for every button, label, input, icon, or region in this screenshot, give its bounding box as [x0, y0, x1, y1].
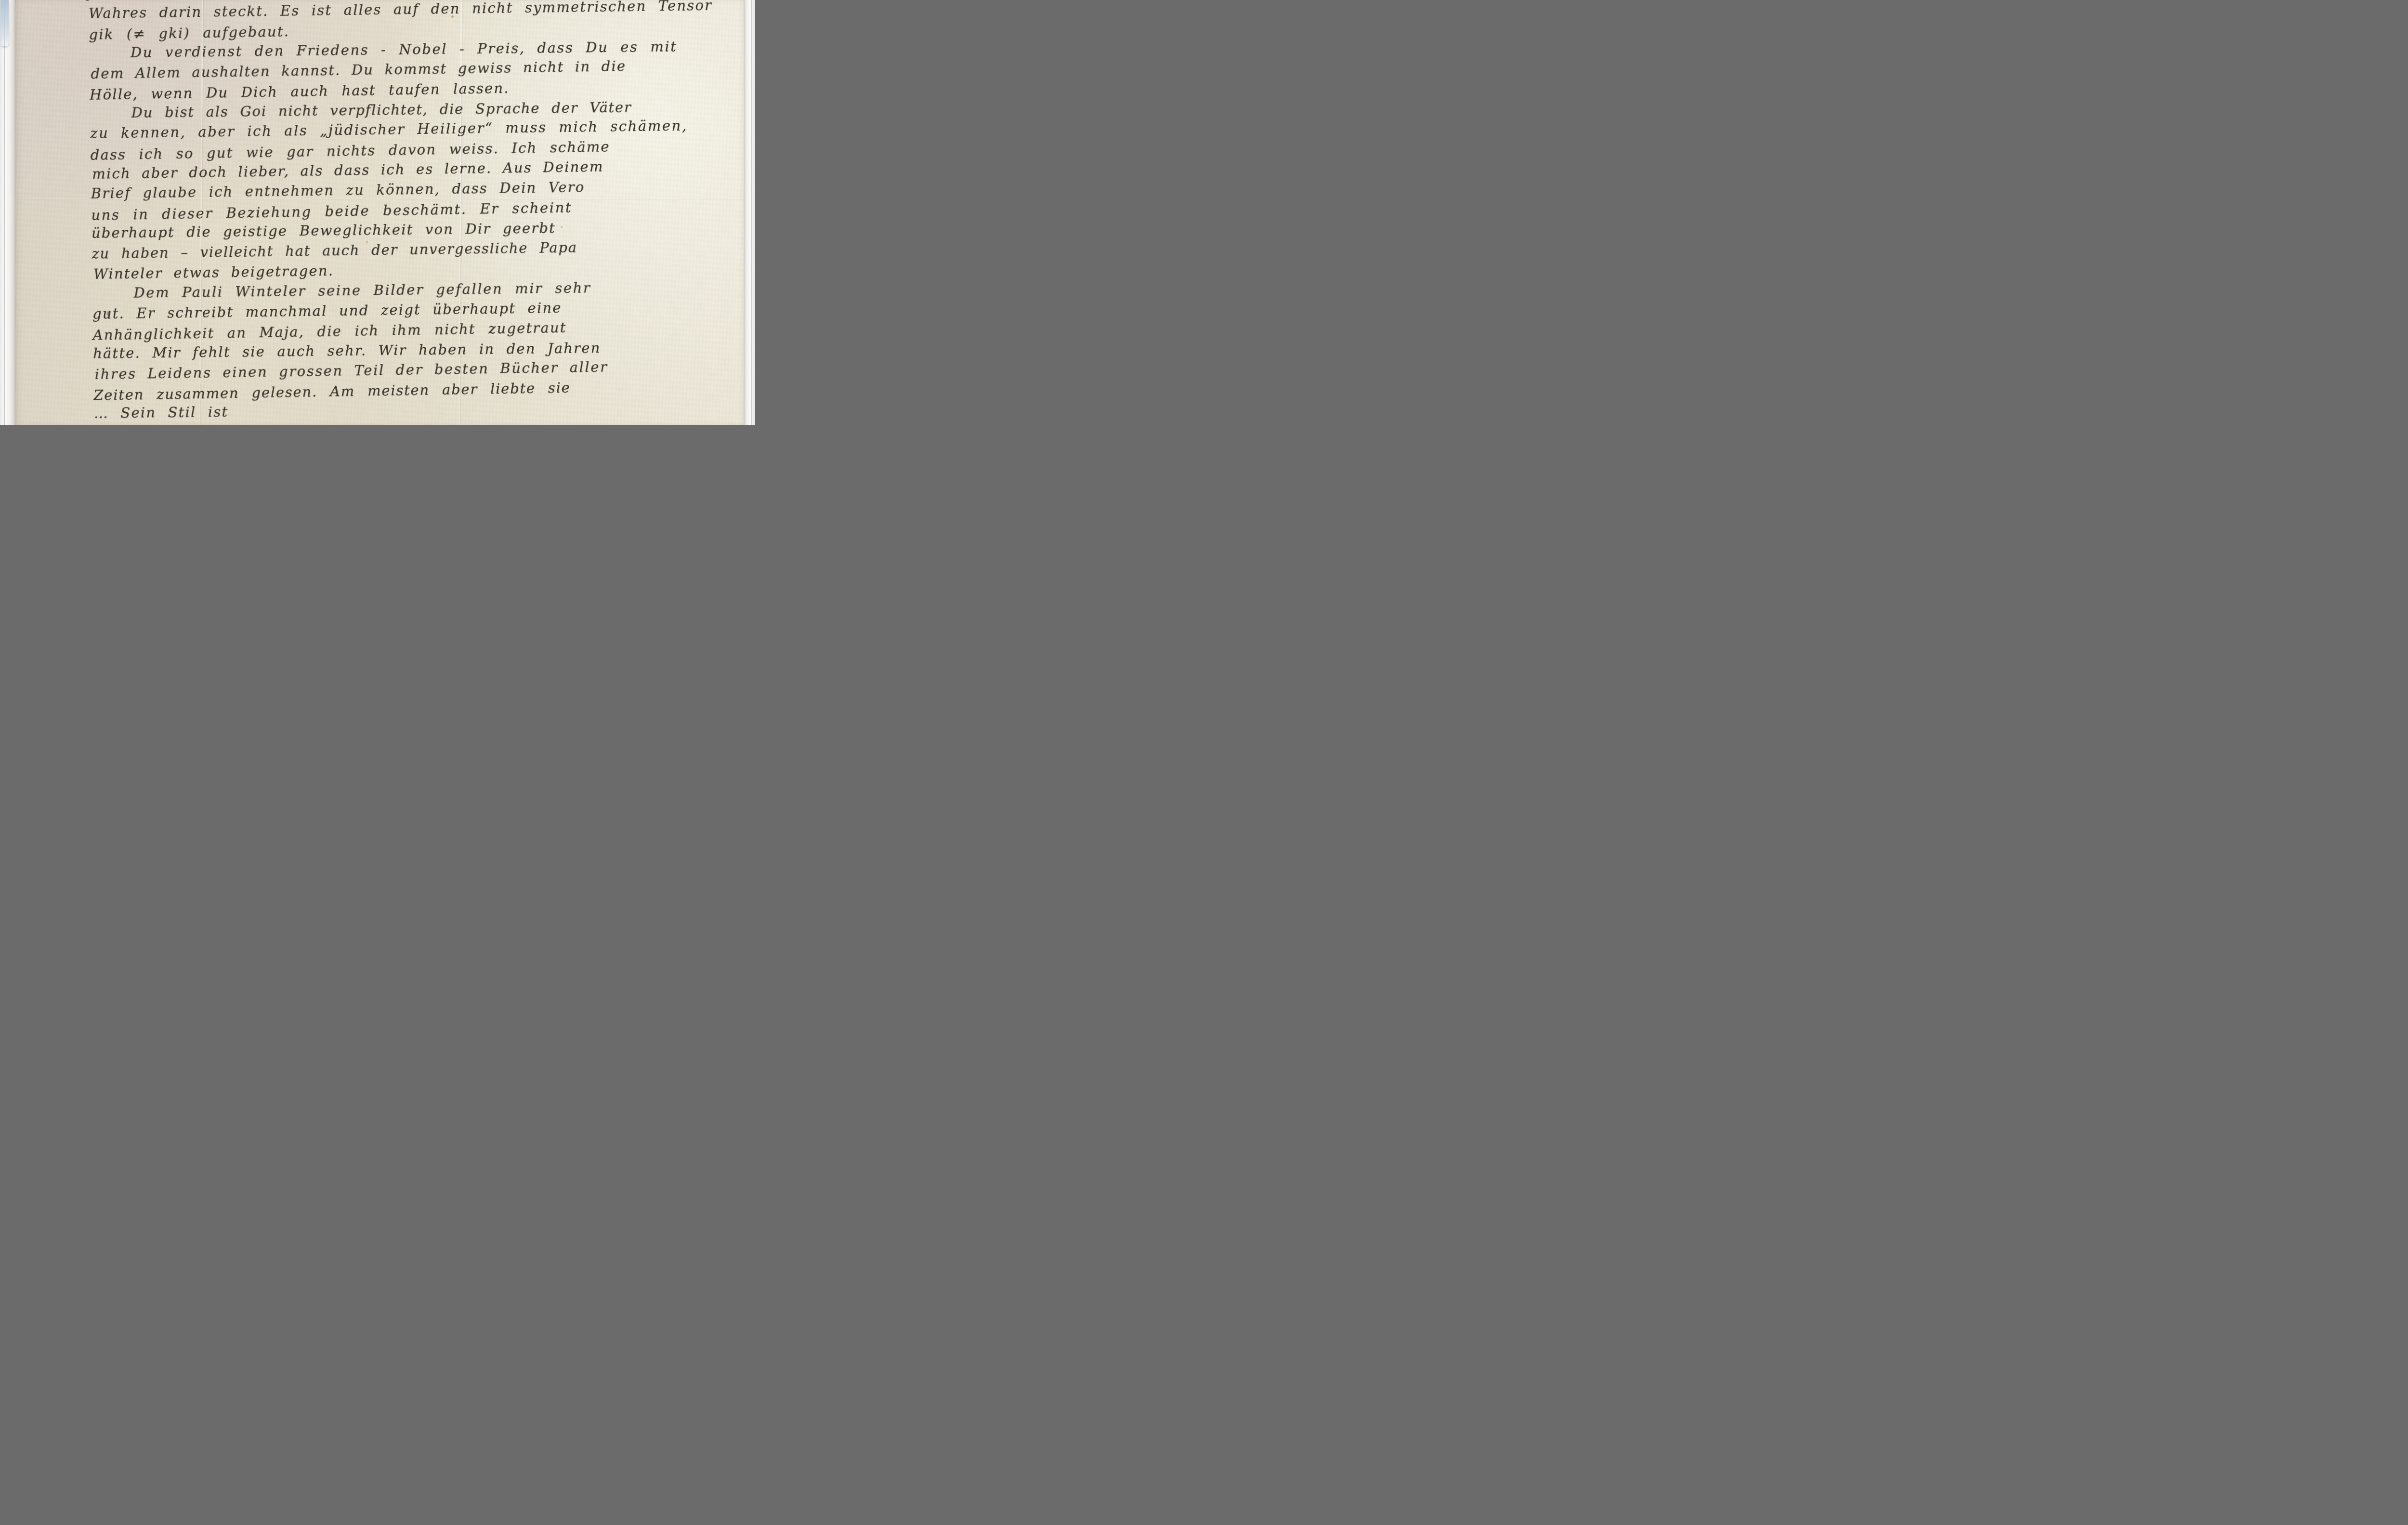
foxing-spot — [561, 226, 563, 228]
plastic-sleeve-clip — [0, 0, 9, 46]
sleeve-groove-line — [751, 0, 752, 425]
handwritten-text-block: jetzt weiter, kann ich aber nicht sagen,… — [88, 0, 713, 424]
scanner-edge-left — [0, 0, 15, 425]
letter-scan: jetzt weiter, kann ich aber nicht sagen,… — [0, 0, 755, 425]
sleeve-groove-line — [8, 0, 8, 425]
foxing-spot — [451, 15, 454, 18]
sleeve-groove-line — [4, 0, 5, 425]
foxing-spot — [366, 241, 368, 243]
scanner-edge-right — [744, 0, 755, 425]
